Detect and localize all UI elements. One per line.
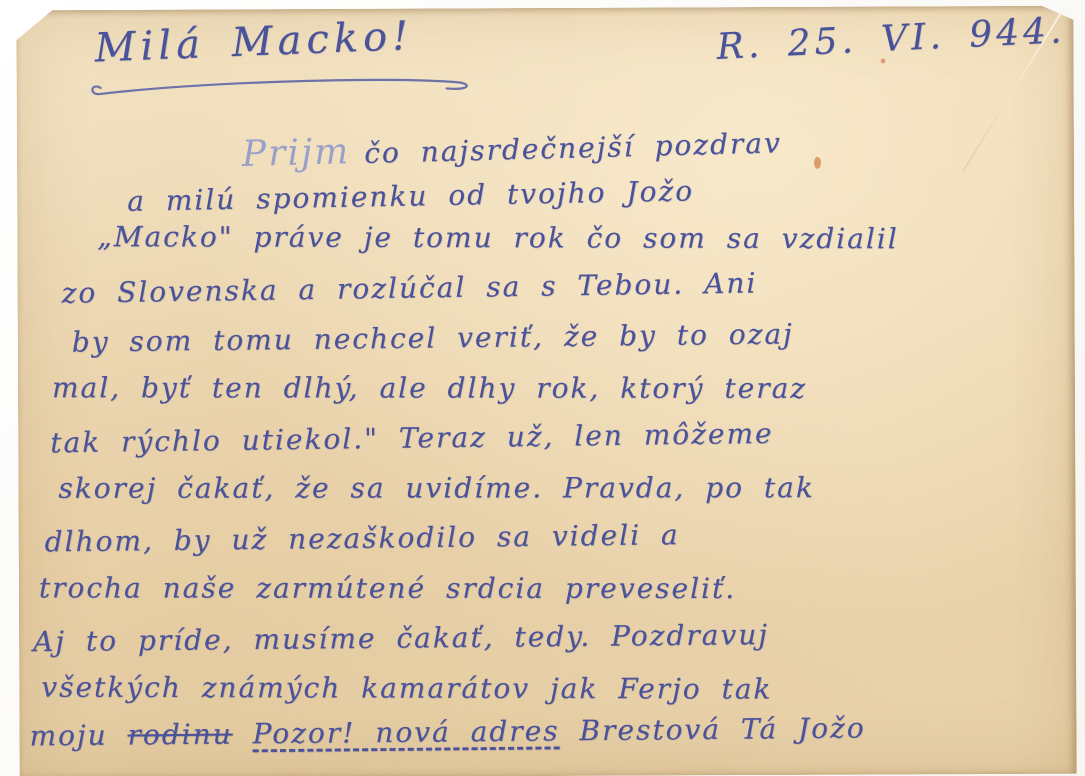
body-line: skorej čakať, že sa uvidíme. Pravda, po …	[58, 474, 814, 503]
struck-word: rodinu	[127, 717, 232, 751]
faint-word: Prijm	[241, 131, 350, 175]
last-line-post: Brestová Tá Jožo	[579, 711, 866, 747]
body-line: „Macko" práve je tomu rok čo som sa vzdi…	[97, 223, 898, 253]
postcard-scan: Milá Macko! R. 25. VI. 944. Prijmčo najs…	[0, 0, 1085, 776]
body-line: zo Slovenska a rozlúčal sa s Tebou. Ani	[61, 269, 757, 307]
postcard: Milá Macko! R. 25. VI. 944. Prijmčo najs…	[16, 6, 1076, 776]
last-line-pre: moju	[29, 719, 107, 753]
body-line: Aj to príde, musíme čakať, tedy. Pozdrav…	[33, 621, 769, 656]
opening-text: čo najsrdečnejší pozdrav	[364, 126, 782, 170]
date: R. 25. VI. 944.	[716, 10, 1067, 68]
body-line: moju rodinu Pozor! nová adres Brestová T…	[29, 714, 865, 750]
address-warning: Pozor! nová adres	[252, 714, 559, 750]
body-line: trocha naše zarmútené srdcia preveseliť.	[39, 574, 736, 603]
body-line: mal, byť ten dlhý, ale dlhy rok, ktorý t…	[52, 374, 807, 403]
body-line: dlhom, by už nezaškodilo sa videli a	[45, 521, 680, 556]
body-line: a milú spomienku od tvojho Jožo	[127, 177, 694, 215]
body-line: by som tomu nechcel veriť, že by to ozaj	[72, 320, 794, 356]
body-line: Prijmčo najsrdečnejší pozdrav	[242, 123, 783, 173]
salutation: Milá Macko!	[94, 13, 414, 71]
salutation-underline-flourish	[87, 74, 477, 106]
body-line: tak rýchlo utiekol." Teraz už, len môžem…	[50, 420, 774, 457]
ink-speck	[814, 157, 821, 169]
body-line: všetkých známých kamarátov jak Ferjo tak	[41, 674, 772, 704]
